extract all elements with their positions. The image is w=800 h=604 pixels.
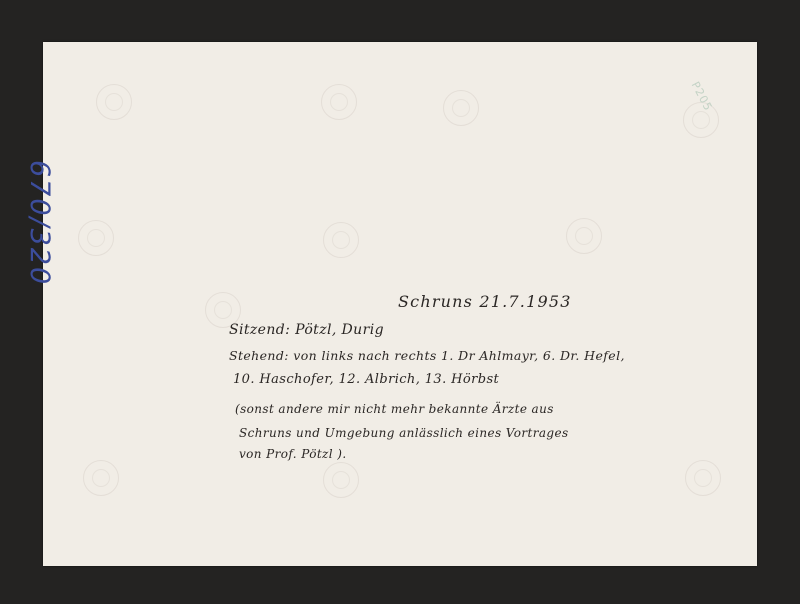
caption-place-date: Schruns 21.7.1953: [398, 292, 572, 311]
watermark-icon: [78, 220, 114, 256]
photo-card-verso: P205 670/320 Schruns 21.7.1953 Sitzend: …: [43, 42, 757, 566]
watermark-icon: [443, 90, 479, 126]
caption-seated: Sitzend: Pötzl, Durig: [229, 322, 384, 338]
caption-note-line-1: (sonst andere mir nicht mehr bekannte Är…: [235, 402, 554, 416]
watermark-icon: [323, 222, 359, 258]
watermark-icon: [96, 84, 132, 120]
caption-standing-continued: 10. Haschofer, 12. Albrich, 13. Hörbst: [233, 372, 499, 387]
watermark-icon: [83, 460, 119, 496]
watermark-icon: [323, 462, 359, 498]
caption-standing: Stehend: von links nach rechts 1. Dr Ahl…: [229, 348, 625, 363]
caption-note-line-2: Schruns und Umgebung anlässlich eines Vo…: [239, 426, 569, 440]
archive-number: 670/320: [24, 160, 55, 286]
watermark-icon: [685, 460, 721, 496]
caption-note-line-3: von Prof. Pötzl ).: [239, 447, 347, 461]
watermark-icon: [566, 218, 602, 254]
watermark-icon: [321, 84, 357, 120]
